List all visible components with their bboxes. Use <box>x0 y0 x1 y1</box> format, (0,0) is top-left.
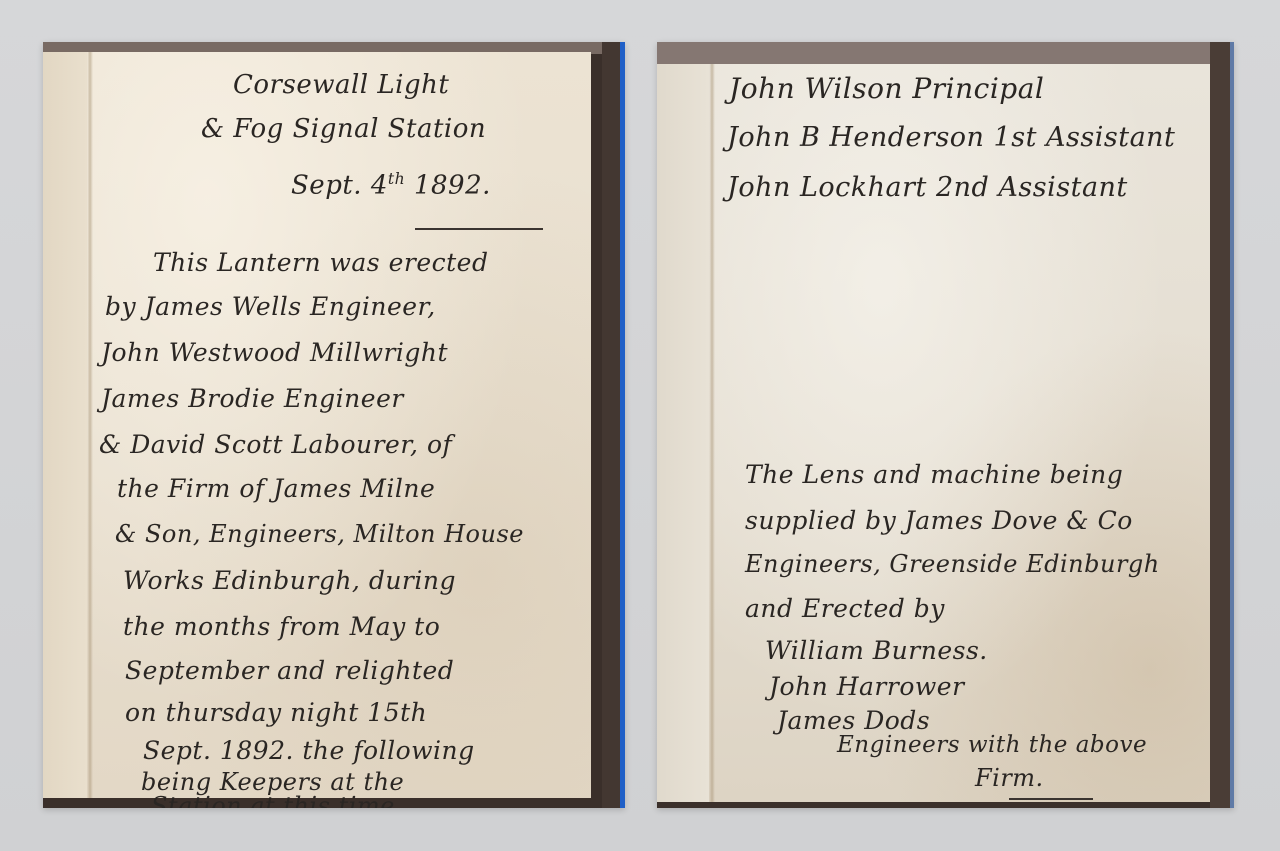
date-day: 4 <box>371 171 388 201</box>
heading-underline <box>415 228 543 230</box>
body-line: John Westwood Millwright <box>101 338 448 367</box>
body-line: James Brodie Engineer <box>101 384 404 413</box>
keeper-role: 2nd Assistant <box>936 172 1128 203</box>
date-month: Sept. <box>291 171 362 201</box>
date-ordinal: th <box>388 170 405 188</box>
body-line: on thursday night 15th <box>125 698 427 727</box>
heading-line-1: Corsewall Light <box>233 70 449 100</box>
keeper-name: John Lockhart <box>727 172 927 203</box>
body-line: Engineers with the above <box>837 732 1147 758</box>
keeper-name: John B Henderson <box>727 122 984 153</box>
body-line: and Erected by <box>745 594 945 623</box>
keeper-second-assistant: John Lockhart 2nd Assistant <box>727 172 1128 203</box>
body-line: & David Scott Labourer, of <box>99 430 452 459</box>
body-line: supplied by James Dove & Co <box>745 506 1133 535</box>
body-line: by James Wells Engineer, <box>105 292 436 321</box>
keeper-name: John Wilson <box>729 72 903 105</box>
body-line: This Lantern was erected <box>153 248 488 277</box>
paper-margin <box>657 64 709 802</box>
heading-line-2: & Fog Signal Station <box>201 114 486 144</box>
body-line: the months from May to <box>123 612 440 641</box>
body-line: Engineers, Greenside Edinburgh <box>745 550 1160 578</box>
body-line: Firm. <box>975 764 1044 792</box>
keeper-first-assistant: John B Henderson 1st Assistant <box>727 122 1175 153</box>
paper-margin <box>43 52 87 798</box>
firm-underline <box>1009 798 1093 800</box>
body-line: James Dods <box>777 706 930 735</box>
body-line: the Firm of James Milne <box>117 474 435 503</box>
keeper-principal: John Wilson Principal <box>729 72 1044 105</box>
body-line: Station at this time. <box>151 792 403 808</box>
paper-fold-line <box>709 64 715 802</box>
body-line: Sept. 1892. the following <box>143 736 475 765</box>
date-year: 1892. <box>414 171 491 201</box>
body-line: William Burness. <box>765 636 988 665</box>
body-line: September and relighted <box>125 656 454 685</box>
body-line: John Harrower <box>769 672 965 701</box>
frame-edge <box>657 42 1234 66</box>
keeper-role: Principal <box>912 72 1044 105</box>
left-page-photo: Corsewall Light & Fog Signal Station Sep… <box>43 42 625 808</box>
heading-date: Sept. 4th 1892. <box>291 170 491 201</box>
frame-edge <box>1210 42 1234 808</box>
frame-edge <box>602 42 620 808</box>
right-paper-sheet: John Wilson Principal John B Henderson 1… <box>657 64 1217 802</box>
body-line: Works Edinburgh, during <box>123 566 456 595</box>
keeper-role: 1st Assistant <box>994 122 1176 153</box>
body-line: & Son, Engineers, Milton House <box>115 520 524 548</box>
paper-fold-line <box>87 52 93 798</box>
image-stage: Corsewall Light & Fog Signal Station Sep… <box>0 0 1280 851</box>
left-paper-sheet: Corsewall Light & Fog Signal Station Sep… <box>43 52 591 798</box>
right-page-photo: John Wilson Principal John B Henderson 1… <box>657 42 1234 808</box>
body-line: The Lens and machine being <box>745 460 1123 489</box>
